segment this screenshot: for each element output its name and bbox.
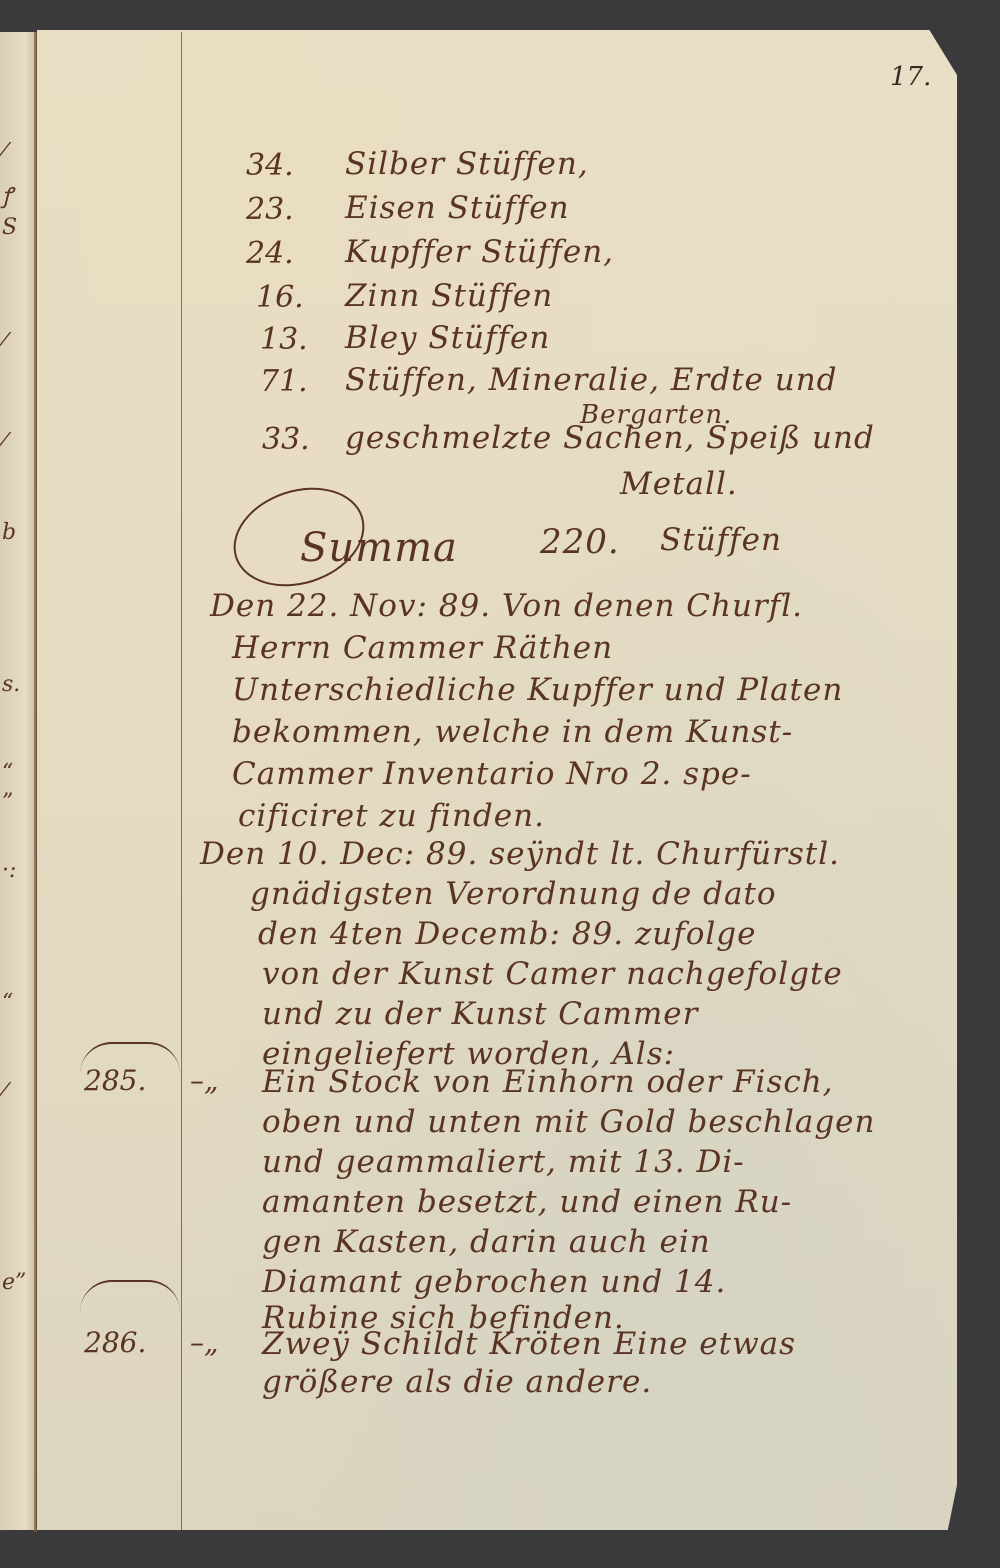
- item-text: Kupffer Stüffen,: [345, 234, 614, 270]
- page-number: 17.: [890, 62, 931, 92]
- left-page-fragment: ⁄: [2, 330, 6, 355]
- item-text: Eisen Stüffen: [345, 190, 570, 226]
- item-count: 24.: [246, 236, 294, 271]
- entry-line: Cammer Inventario Nro 2. spe-: [232, 756, 752, 792]
- entry-line: und zu der Kunst Cammer: [262, 996, 698, 1032]
- item-continuation: Metall.: [620, 466, 738, 502]
- item-dash: –„: [190, 1064, 219, 1097]
- item-count: 23.: [246, 192, 294, 227]
- entry-line: Unterschiedliche Kupffer und Platen: [232, 672, 843, 708]
- item-count: 71.: [260, 364, 308, 399]
- item-line: und geammaliert, mit 13. Di-: [262, 1144, 745, 1180]
- entry-line: bekommen, welche in dem Kunst-: [232, 714, 793, 750]
- item-line: gen Kasten, darin auch ein: [262, 1224, 711, 1260]
- item-line: Ein Stock von Einhorn oder Fisch,: [262, 1064, 834, 1100]
- margin-rule: [181, 32, 182, 1530]
- item-number: 286.: [84, 1326, 146, 1359]
- manuscript-scan: ⁄ ꝭ S ⁄ ⁄ b s. “ ” ·: “ ⁄ e” 17. 34. Sil…: [0, 0, 1000, 1568]
- left-page-fragment: b: [2, 520, 16, 545]
- entry-line: von der Kunst Camer nachgefolgte: [262, 956, 843, 992]
- left-page-fragment: S: [2, 215, 17, 240]
- entry-line: Herrn Cammer Räthen: [232, 630, 613, 666]
- item-count: 16.: [256, 280, 304, 315]
- item-text: Bley Stüffen: [345, 320, 550, 356]
- item-text: geschmelzte Sachen, Speiß und: [345, 420, 875, 456]
- item-dash: –„: [190, 1326, 219, 1359]
- entry-line: gnädigsten Verordnung de dato: [250, 876, 777, 912]
- item-text: Stüffen, Mineralie, Erdte und: [345, 362, 838, 398]
- left-page-fragment: ꝭ: [2, 180, 12, 210]
- left-page-fragment: ·:: [2, 858, 16, 883]
- left-page-fragment: e”: [2, 1270, 26, 1295]
- summa-unit: Stüffen: [660, 522, 782, 558]
- item-count: 13.: [260, 322, 308, 357]
- item-line: Diamant gebrochen und 14.: [262, 1264, 726, 1300]
- margin-bracket-icon: [80, 1280, 180, 1312]
- entry-line: Den 22. Nov: 89. Von denen Churfl.: [210, 588, 803, 624]
- book-gutter: [34, 32, 37, 1532]
- left-page-fragment: ⁄: [2, 140, 6, 165]
- item-text: Silber Stüffen,: [345, 146, 589, 182]
- summa-label: Summa: [300, 525, 458, 571]
- item-text: Zinn Stüffen: [345, 278, 553, 314]
- item-line: Zweÿ Schildt Kröten Eine etwas: [262, 1326, 796, 1362]
- item-count: 33.: [262, 422, 310, 457]
- left-page-fragment: s.: [2, 672, 20, 697]
- item-line: amanten besetzt, und einen Ru-: [262, 1184, 792, 1220]
- left-page-fragment: ⁄: [2, 1080, 6, 1105]
- item-line: oben und unten mit Gold beschlagen: [262, 1104, 876, 1140]
- entry-line: den 4ten Decemb: 89. zufolge: [258, 916, 757, 952]
- entry-line: cificiret zu finden.: [238, 798, 545, 834]
- left-page-fragment: ”: [2, 790, 13, 815]
- item-line: größere als die andere.: [262, 1364, 652, 1400]
- entry-line: Den 10. Dec: 89. seÿndt lt. Churfürstl.: [200, 836, 840, 872]
- left-page-fragment: “: [2, 760, 13, 785]
- summa-value: 220.: [540, 522, 620, 562]
- item-count: 34.: [246, 148, 294, 183]
- item-number: 285.: [84, 1064, 146, 1097]
- left-page-fragment: ⁄: [2, 430, 6, 455]
- left-page-fragment: “: [2, 990, 13, 1015]
